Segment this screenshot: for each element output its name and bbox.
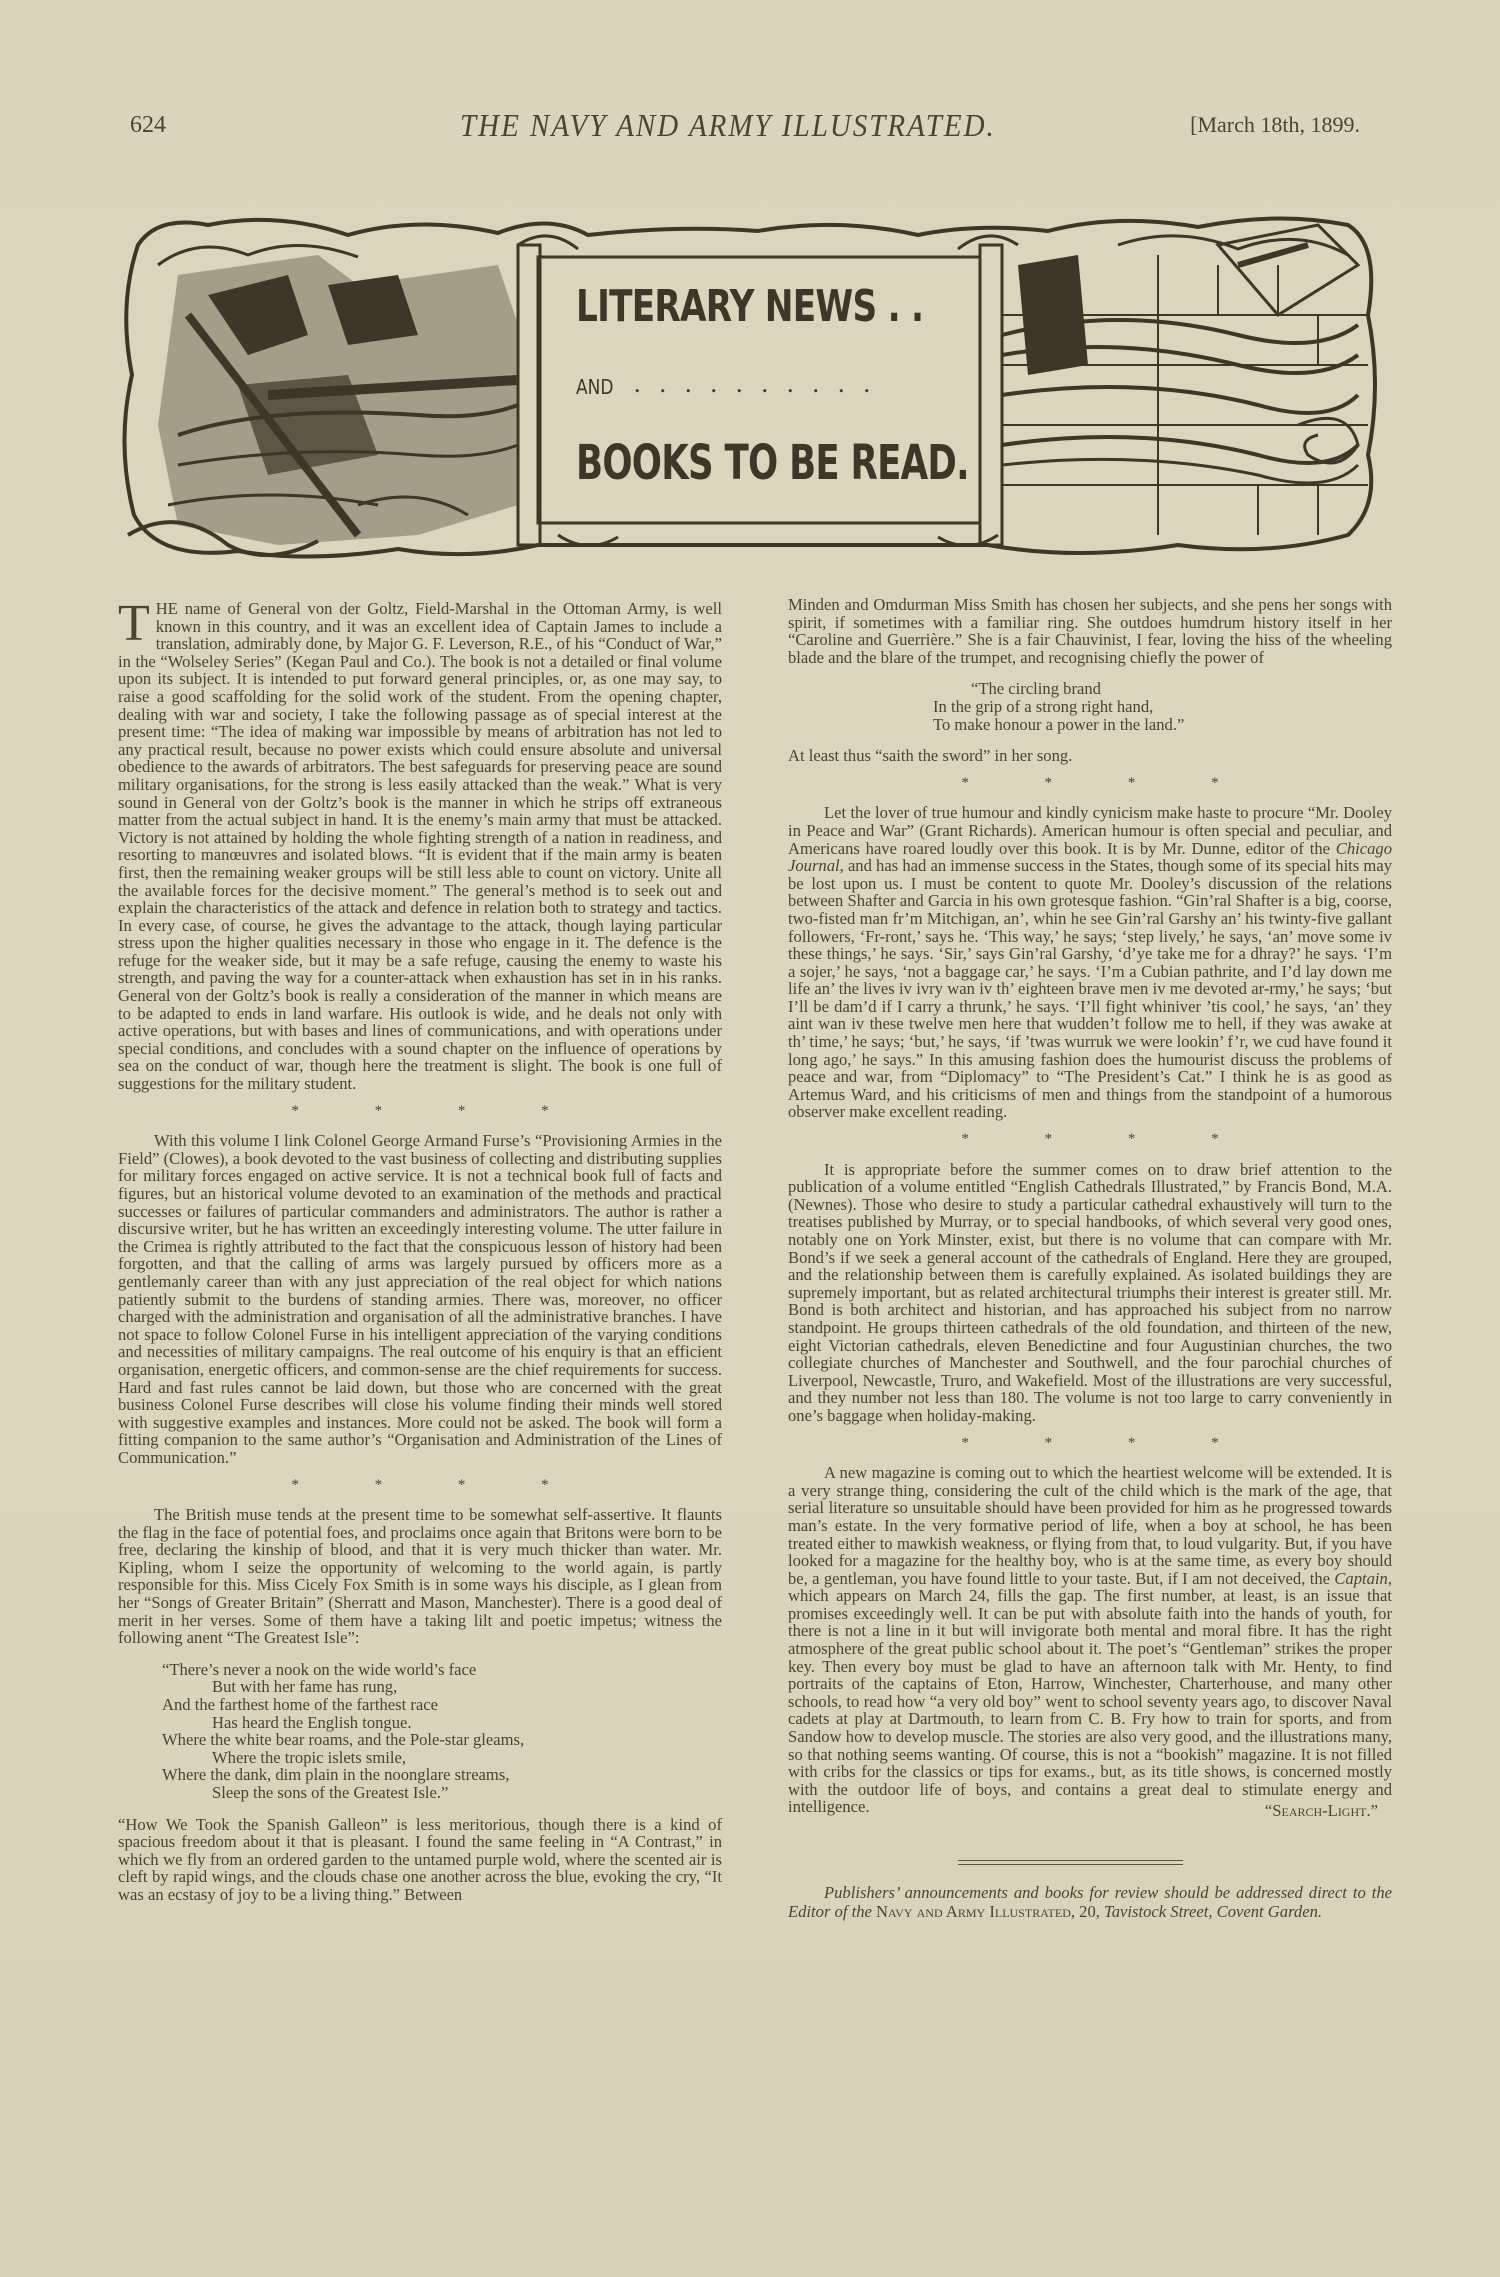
verse-line: Where the tropic islets smile, [118,1749,722,1767]
verse-line: To make honour a power in the land.” [933,716,1392,734]
verse-line: In the grip of a strong right hand, [933,698,1392,716]
publication-title: THE NAVY AND ARMY ILLUSTRATED. [460,108,996,144]
greatest-isle-verse: “There’s never a nook on the wide world’… [118,1661,722,1802]
section-divider-stars: * * * * [788,1131,1392,1149]
double-rule-divider [958,1860,1183,1865]
saith-the-sword-line: At least thus “saith the sword” in her s… [788,747,1392,765]
furse-review: With this volume I link Colonel George A… [118,1132,722,1466]
running-head: 624 THE NAVY AND ARMY ILLUSTRATED. [Marc… [130,112,1360,152]
left-column: THE name of General von der Goltz, Field… [118,600,722,1904]
banner-title: LITERARY NEWS . . [576,281,923,332]
literary-news-banner: LITERARY NEWS . . AND .......... BOOKS T… [118,205,1386,567]
minden-omdurman-paragraph: Minden and Omdurman Miss Smith has chose… [788,596,1392,666]
english-cathedrals-review: It is appropriate before the summer come… [788,1161,1392,1425]
verse-line: But with her fame has rung, [118,1678,722,1696]
verse-line: Has heard the English tongue. [118,1714,722,1732]
newspaper-page: 624 THE NAVY AND ARMY ILLUSTRATED. [Marc… [0,0,1500,2277]
section-divider-stars: * * * * [788,775,1392,793]
verse-line: Sleep the sons of the Greatest Isle.” [118,1784,722,1802]
issue-date: [March 18th, 1899. [1190,112,1360,138]
captain-magazine-review: A new magazine is coming out to which th… [788,1464,1392,1816]
publishers-notice: Publishers’ announcements and books for … [788,1883,1392,1921]
verse-line: Where the dank, dim plain in the noongla… [118,1766,722,1784]
section-divider-stars: * * * * [118,1103,722,1121]
page-number: 624 [130,112,166,139]
banner-connector: AND [576,375,613,399]
verse-line: And the farthest home of the farthest ra… [118,1696,722,1714]
section-divider-stars: * * * * [788,1435,1392,1453]
drop-cap: T [118,604,150,644]
british-muse-review: The British muse tends at the present ti… [118,1506,722,1647]
banner-dot-leader: .......... [634,369,889,399]
circling-brand-verse: “The circling brand In the grip of a str… [788,680,1392,733]
section-divider-stars: * * * * [118,1477,722,1495]
banner-subtitle: BOOKS TO BE READ. [576,435,969,491]
spanish-galleon-paragraph: “How We Took the Spanish Galleon” is les… [118,1816,722,1904]
mr-dooley-review: Let the lover of true humour and kindly … [788,804,1392,1121]
von-der-goltz-review: THE name of General von der Goltz, Field… [118,600,722,1093]
author-signature: “Search-Light.” [788,1802,1392,1820]
banner-title-panel: LITERARY NEWS . . AND .......... BOOKS T… [538,257,980,523]
right-column: Minden and Omdurman Miss Smith has chose… [788,596,1392,1921]
verse-line: “The circling brand [933,680,1392,698]
verse-line: “There’s never a nook on the wide world’… [118,1661,722,1679]
captain-magazine-title: Captain [1334,1569,1387,1588]
verse-line: Where the white bear roams, and the Pole… [118,1731,722,1749]
